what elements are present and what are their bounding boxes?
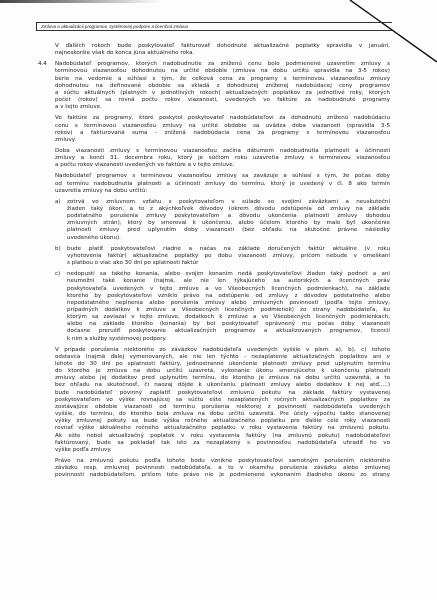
section-paragraph-line: V prípade porušenia niektorého zo záväzk… <box>55 347 390 354</box>
section-paragraph-line: Ak ešte nebol aktualizačný poplatok v ro… <box>55 433 390 440</box>
section-paragraph-line: počet (rokov) sa rovná počtu rokov viaza… <box>55 97 390 104</box>
list-item-line: dočasne prerušiť poskytovanie aktualizač… <box>67 328 390 335</box>
section-paragraph-line: výške podľa zmluvy. <box>55 447 390 454</box>
section-number: 4.4 <box>38 61 47 68</box>
section-paragraph-line: lehote do 30 dní po splatnosti faktúry, … <box>55 361 390 368</box>
section-paragraph-line: zmluvy. <box>55 137 390 144</box>
section-paragraph-line: Nadobúdateľ programov s termínovou viaza… <box>55 173 390 180</box>
list-item-line: neumožní také konanie (najmä, ale nie le… <box>67 278 390 285</box>
list-marker: a) <box>55 199 61 206</box>
list-item-line: s platbou o viac ako 30 dní po splatnost… <box>67 260 390 267</box>
list-item-line: uvedeného úkonu). <box>67 235 390 242</box>
section-paragraph-line: berie na vedomie a súhlasí s tým, že cel… <box>55 76 390 83</box>
section-paragraph-line: faktúrovaný, bude sa pokladať tak isto z… <box>55 440 390 447</box>
section-paragraph-line: termínovou viazanosťou dohodnutou na urč… <box>55 68 390 75</box>
running-header: Zmluva o aktualizácii programov, systémo… <box>41 24 188 29</box>
list-marker: c) <box>55 271 60 278</box>
diagonal-strike-line <box>0 0 437 70</box>
section-paragraph-line: rokov) a fakturovaná suma - znížená nado… <box>55 130 390 137</box>
section-paragraph-line: bude nadobúdateľ povinný zaplatiť poskyt… <box>55 390 390 397</box>
section-paragraph-line: Právo na zmluvnú pokutu podľa tohoto bod… <box>55 458 390 465</box>
section-paragraph-line: uzavretia zmluvy na dobu určitú: <box>55 188 390 195</box>
intro-paragraph-line: V ďalších rokoch bude poskytovateľ faktu… <box>55 43 390 50</box>
list-marker: b) <box>55 246 61 253</box>
section-paragraph-line: odstavca (najmä ďalej vymenovaných, ale … <box>55 354 390 361</box>
list-item-line: platnosti zmluvy pred uplynutím doby via… <box>67 227 390 234</box>
list-item-line: vyhotovenia faktúr) aktualizačné poplatk… <box>67 253 390 260</box>
section-paragraph-line: Vo faktúre za programy, ktoré poskytol p… <box>55 115 390 122</box>
list-item-line: prípadných dodatkov k zmluve a Všeobecný… <box>67 307 390 314</box>
list-item-line: bude platiť poskytovateľovi riadne a nač… <box>67 246 390 253</box>
section-paragraph-line: a počtu rokov viazanosti uvedených vo fa… <box>55 162 390 169</box>
section-paragraph-line: dohodnutou na definované obdobie sa skla… <box>55 83 390 90</box>
section-paragraph-line: zostávajúce obdobie viazanosti od termín… <box>55 404 390 411</box>
section-paragraph-line: cenu s termínovou viazanosťou zmluvy na … <box>55 123 390 130</box>
section-paragraph-line: vyššie, do termínu, do ktorého bola zmlu… <box>55 411 390 418</box>
section-paragraph-line: a súčtu aktuálnych (platných v jednotliv… <box>55 90 390 97</box>
section-paragraph-line: rovnať výške aktuálneho ročného aktualiz… <box>55 425 390 432</box>
list-item-line: k nim a služby systémovej podpory. <box>67 336 390 343</box>
list-item-line: ktorého by poskytovateľovi vzniklo právo… <box>67 293 390 300</box>
intro-paragraph-line: najneskoršie však do konca júna aktuálne… <box>55 50 390 57</box>
section-paragraph-line: od termínu nadobudnutia platnosti a účin… <box>55 181 390 188</box>
list-item-line: zotrvá vo zmluvnom vzťahu s poskytovateľ… <box>67 199 390 206</box>
section-paragraph-line: a v tejto zmluve. <box>55 104 390 111</box>
section-paragraph-line: poskytovateľom vo výške rovnajúcej sa sú… <box>55 397 390 404</box>
list-item-line: žiaden taký úkon, a to z akýchkoľvek dôv… <box>67 206 390 213</box>
section-paragraph-line: bez ohľadu na skutočnosť, či naozaj dôjd… <box>55 382 390 389</box>
list-item-line: poskytovateľa uvedených v tejto zmluve a… <box>67 286 390 293</box>
section-paragraph-line: Doba viazanosti zmluvy s termínovou viaz… <box>55 148 390 155</box>
list-item-line: nepodstatného neplnenia alebo porušenia … <box>67 300 390 307</box>
section-paragraph-line: povinnosti nadobúdateľom, pričom toto pr… <box>55 472 390 479</box>
